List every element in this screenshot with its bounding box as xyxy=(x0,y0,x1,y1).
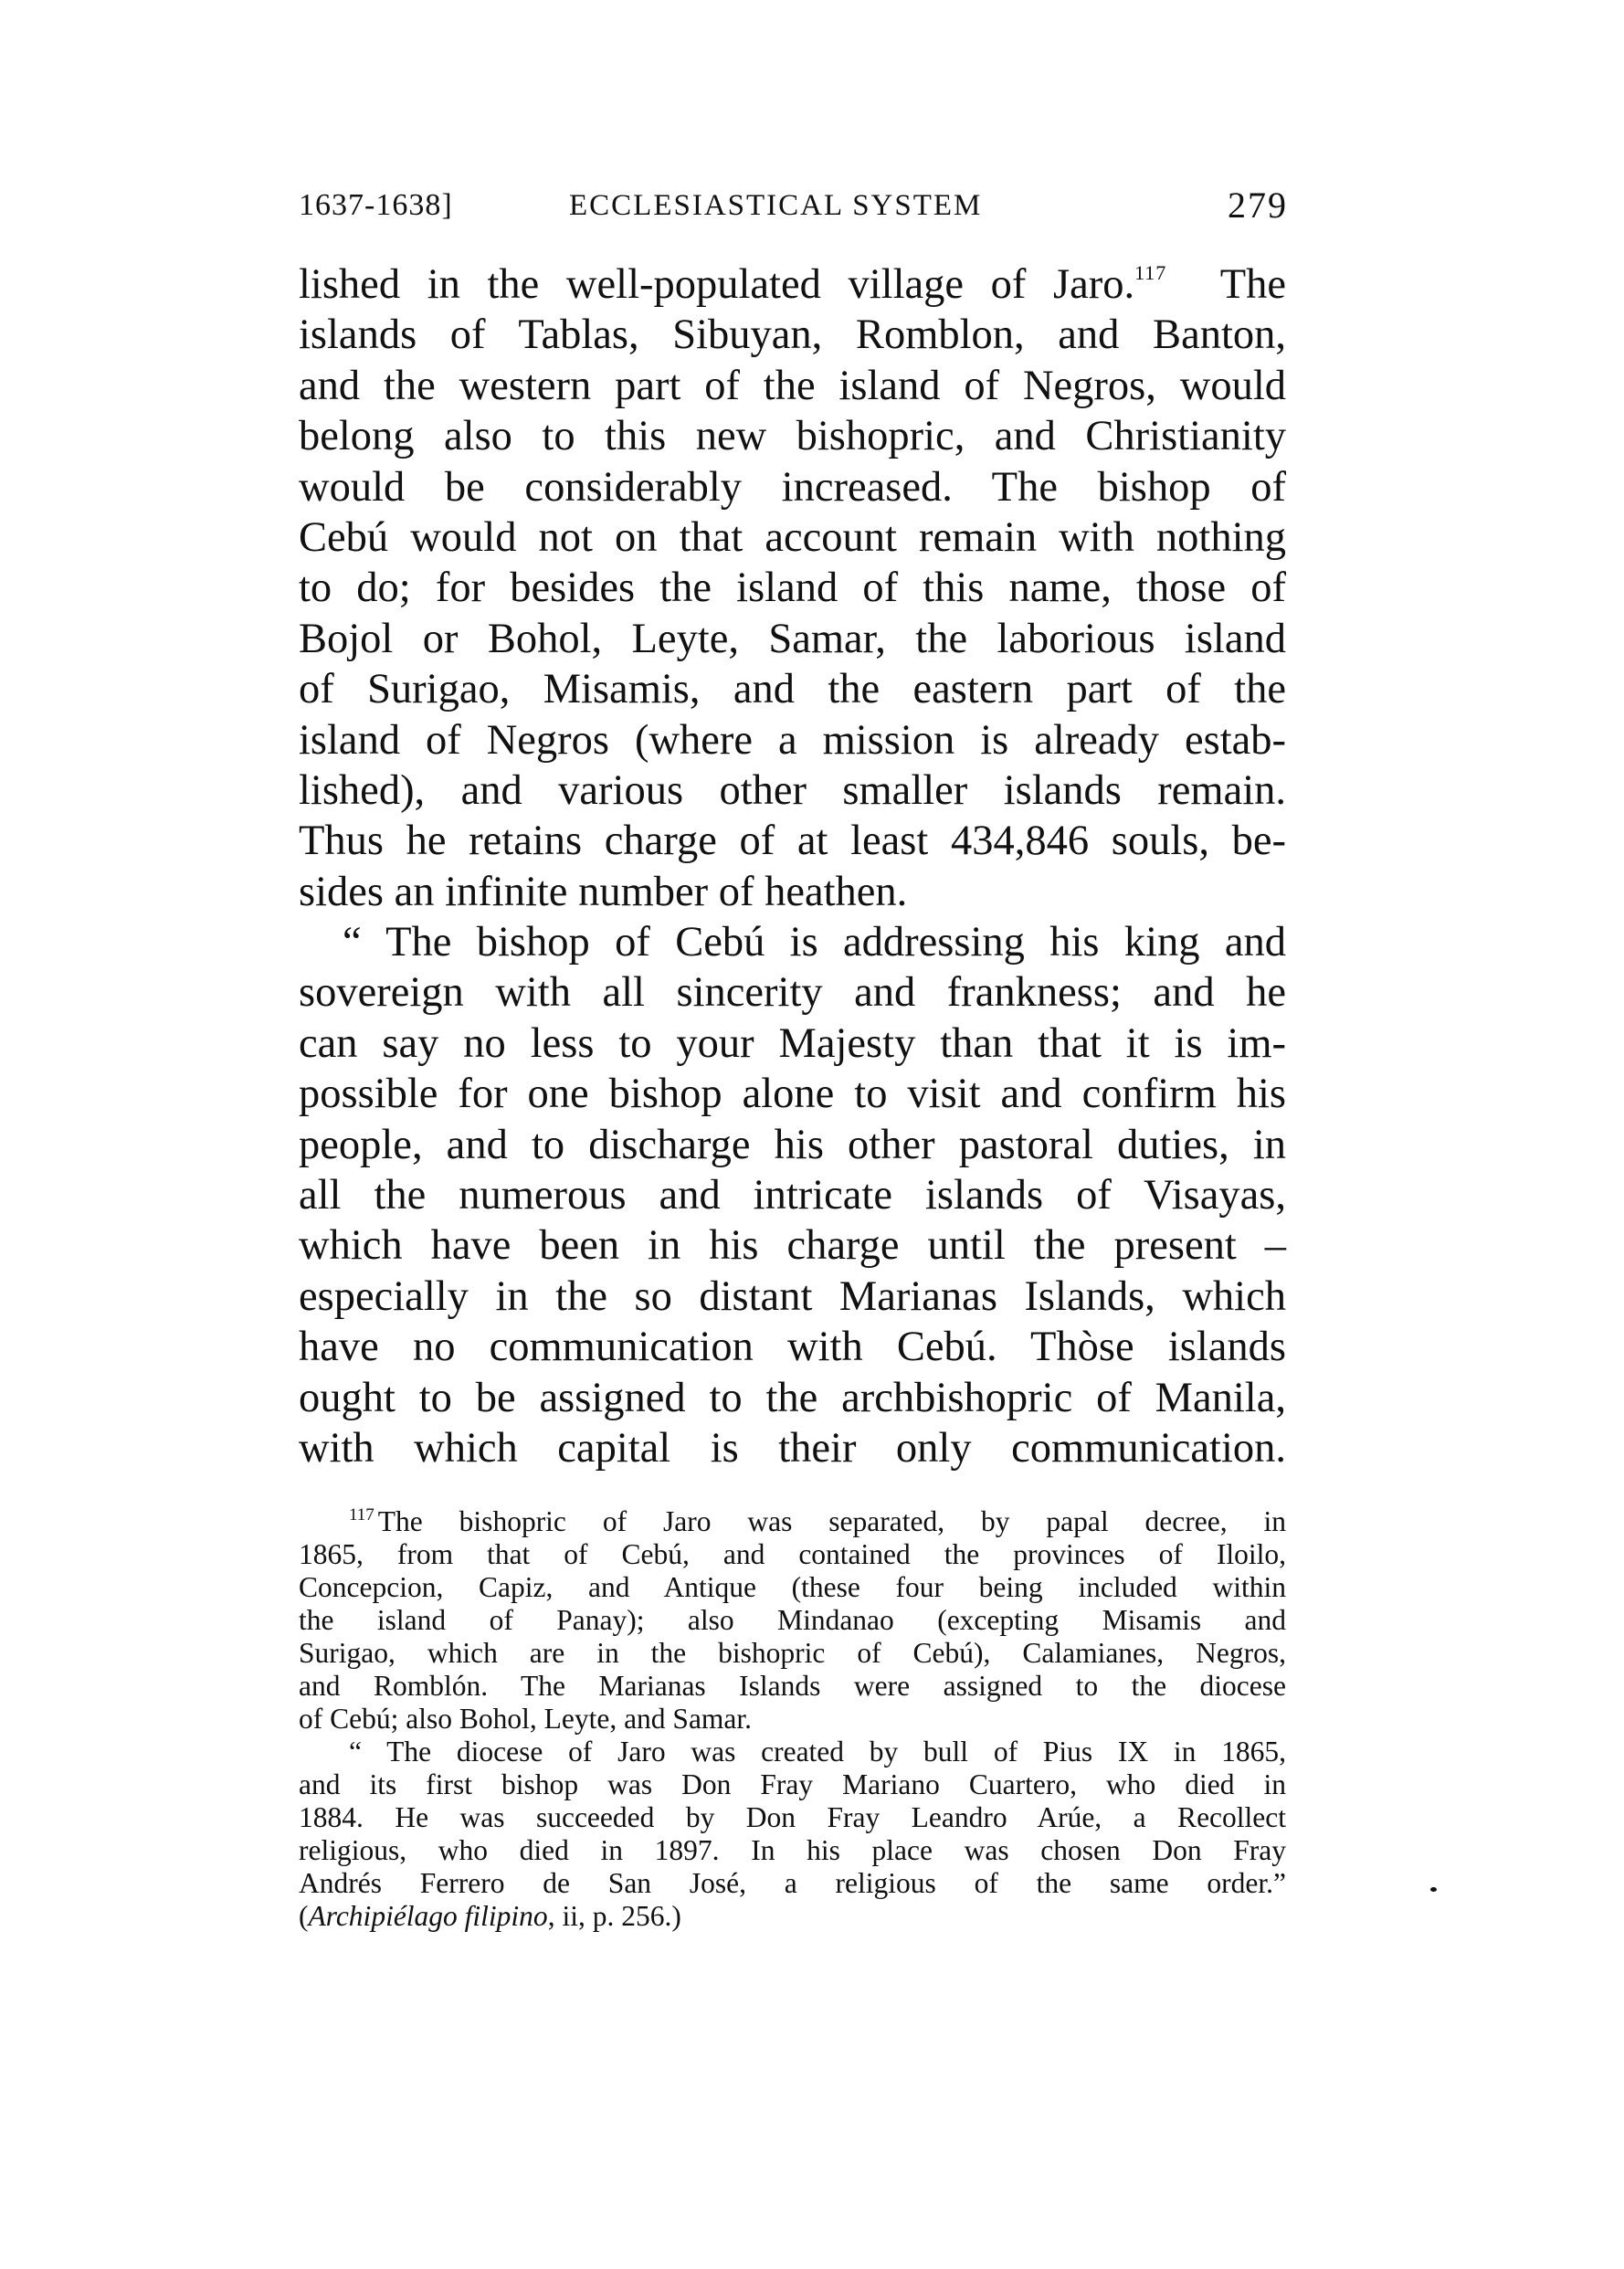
running-head: 1637-1638] ECCLESIASTICAL SYSTEM 279 xyxy=(299,185,1288,226)
body-line-text: lished in the well-populated village of … xyxy=(299,261,1134,308)
body-line-paragraph-start: “ The bishop of Cebú is addressing his k… xyxy=(299,917,1286,967)
footnote-line: 1884. He was succeeded by Don Fray Leand… xyxy=(299,1801,1286,1834)
body-line: would be considerably increased. The bis… xyxy=(299,462,1286,512)
page-number: 279 xyxy=(1228,185,1288,226)
body-line: sovereign with all sincerity and frankne… xyxy=(299,967,1286,1018)
body-line: of Surigao, Misamis, and the eastern par… xyxy=(299,664,1286,714)
footnote-line-start: 117The bishopric of Jaro was separated, … xyxy=(299,1505,1286,1538)
body-line: have no communication with Cebú. Thòse i… xyxy=(299,1322,1286,1372)
footnote-line-text: The bishopric of Jaro was separated, by … xyxy=(378,1505,1286,1537)
body-line: possible for one bishop alone to visit a… xyxy=(299,1069,1286,1119)
running-head-date-range: 1637-1638] xyxy=(299,185,453,226)
body-line: especially in the so distant Marianas Is… xyxy=(299,1272,1286,1322)
footnote-line-paragraph-end: of Cebú; also Bohol, Leyte, and Samar. xyxy=(299,1703,1286,1736)
footnote-line: Andrés Ferrero de San José, a religious … xyxy=(299,1867,1286,1900)
footnote-line: Surigao, which are in the bishopric of C… xyxy=(299,1637,1286,1670)
body-line: ought to be assigned to the archbishopri… xyxy=(299,1373,1286,1423)
body-line: and the western part of the island of Ne… xyxy=(299,361,1286,411)
body-line-paragraph-end: sides an infinite number of heathen. xyxy=(299,867,1286,917)
book-page: 1637-1638] ECCLESIASTICAL SYSTEM 279 lis… xyxy=(0,0,1624,2269)
citation-title: Archipiélago filipino xyxy=(309,1900,548,1932)
body-line: island of Negros (where a mission is alr… xyxy=(299,715,1286,765)
scan-speck xyxy=(1430,1887,1437,1892)
footnote-line: 1865, from that of Cebú, and contained t… xyxy=(299,1538,1286,1571)
footnote-line: the island of Panay); also Mindanao (exc… xyxy=(299,1604,1286,1637)
body-line: islands of Tablas, Sibuyan, Romblon, and… xyxy=(299,310,1286,360)
body-line: people, and to discharge his other pasto… xyxy=(299,1120,1286,1170)
body-line: lished in the well-populated village of … xyxy=(299,259,1286,310)
body-text: lished in the well-populated village of … xyxy=(299,259,1286,1473)
body-line: lished), and various other smaller islan… xyxy=(299,765,1286,816)
body-line: all the numerous and intricate islands o… xyxy=(299,1170,1286,1220)
citation-locator: , ii, p. 256.) xyxy=(548,1900,681,1932)
body-line: with which capital is their only communi… xyxy=(299,1423,1286,1473)
body-line: Bojol or Bohol, Leyte, Samar, the labori… xyxy=(299,614,1286,664)
footnote-line: Concepcion, Capiz, and Antique (these fo… xyxy=(299,1571,1286,1604)
body-line: Thus he retains charge of at least 434,8… xyxy=(299,816,1286,866)
footnote-reference[interactable]: 117 xyxy=(1134,261,1166,284)
body-line: can say no less to your Majesty than tha… xyxy=(299,1018,1286,1069)
running-head-title: ECCLESIASTICAL SYSTEM xyxy=(569,185,982,226)
footnote-marker: 117 xyxy=(349,1505,374,1525)
footnote-citation: (Archipiélago filipino, ii, p. 256.) xyxy=(299,1900,1286,1933)
body-line: to do; for besides the island of this na… xyxy=(299,563,1286,613)
footnote-line: and its first bishop was Don Fray Marian… xyxy=(299,1768,1286,1801)
footnotes: 117The bishopric of Jaro was separated, … xyxy=(299,1505,1286,1933)
footnote-line: and Romblón. The Marianas Islands were a… xyxy=(299,1670,1286,1703)
body-line: which have been in his charge until the … xyxy=(299,1220,1286,1271)
footnote-line-quote-start: “ The diocese of Jaro was created by bul… xyxy=(299,1736,1286,1768)
footnote-line: religious, who died in 1897. In his plac… xyxy=(299,1834,1286,1867)
body-line: Cebú would not on that account remain wi… xyxy=(299,512,1286,563)
citation-paren: ( xyxy=(299,1900,309,1932)
body-line-text: The xyxy=(1166,261,1286,308)
body-line: belong also to this new bishopric, and C… xyxy=(299,411,1286,461)
